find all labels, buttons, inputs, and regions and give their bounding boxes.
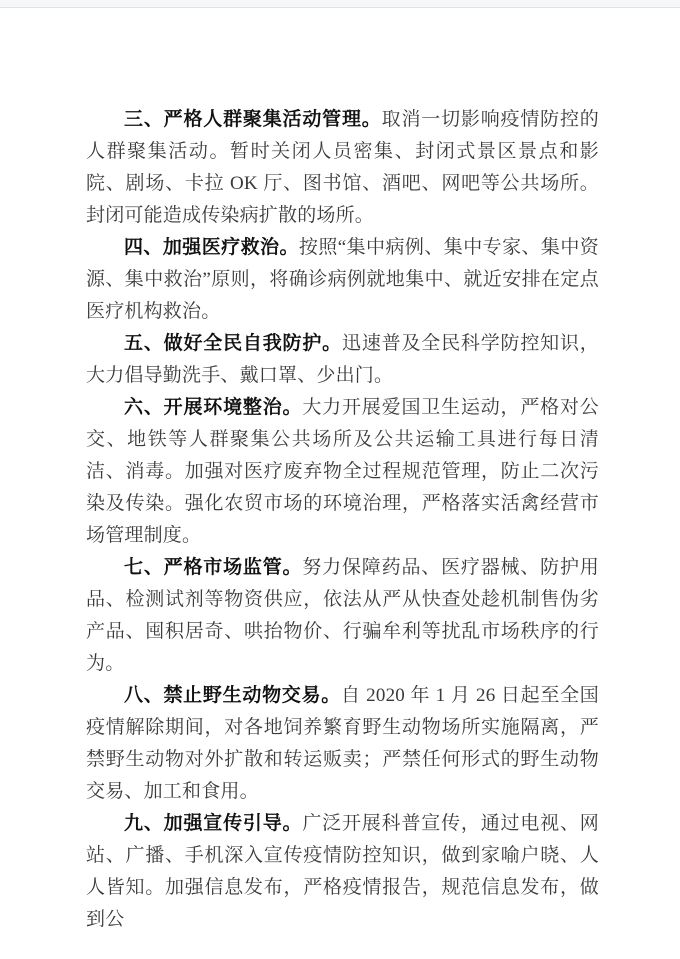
paragraph-item-8: 八、禁止野生动物交易。自 2020 年 1 月 26 日起至全国疫情解除期间，对… — [86, 680, 599, 808]
scan-top-edge — [0, 0, 680, 8]
paragraph-item-5: 五、做好全民自我防护。迅速普及全民科学防控知识，大力倡导勤洗手、戴口罩、少出门。 — [86, 328, 599, 392]
document-body: 三、严格人群聚集活动管理。取消一切影响疫情防控的人群聚集活动。暂时关闭人员密集、… — [86, 104, 599, 936]
paragraph-item-4: 四、加强医疗救治。按照“集中病例、集中专家、集中资源、集中救治”原则，将确诊病例… — [86, 232, 599, 328]
paragraph-heading: 七、严格市场监管。 — [124, 557, 302, 578]
paragraph-heading: 八、禁止野生动物交易。 — [124, 685, 341, 706]
paragraph-heading: 五、做好全民自我防护。 — [124, 333, 342, 354]
paragraph-body: 大力开展爱国卫生运动，严格对公交、地铁等人群聚集公共场所及公共运输工具进行每日清… — [86, 397, 599, 546]
paragraph-item-9: 九、加强宣传引导。广泛开展科普宣传，通过电视、网站、广播、手机深入宣传疫情防控知… — [86, 808, 599, 936]
paragraph-heading: 四、加强医疗救治。 — [124, 237, 299, 258]
paragraph-heading: 六、开展环境整治。 — [124, 397, 302, 418]
paragraph-item-7: 七、严格市场监管。努力保障药品、医疗器械、防护用品、检测试剂等物资供应，依法从严… — [86, 552, 599, 680]
paragraph-heading: 九、加强宣传引导。 — [124, 813, 302, 834]
document-page: 三、严格人群聚集活动管理。取消一切影响疫情防控的人群聚集活动。暂时关闭人员密集、… — [0, 8, 680, 959]
paragraph-item-6: 六、开展环境整治。大力开展爱国卫生运动，严格对公交、地铁等人群聚集公共场所及公共… — [86, 392, 599, 552]
paragraph-heading: 三、严格人群聚集活动管理。 — [124, 109, 382, 130]
paragraph-item-3: 三、严格人群聚集活动管理。取消一切影响疫情防控的人群聚集活动。暂时关闭人员密集、… — [86, 104, 599, 232]
